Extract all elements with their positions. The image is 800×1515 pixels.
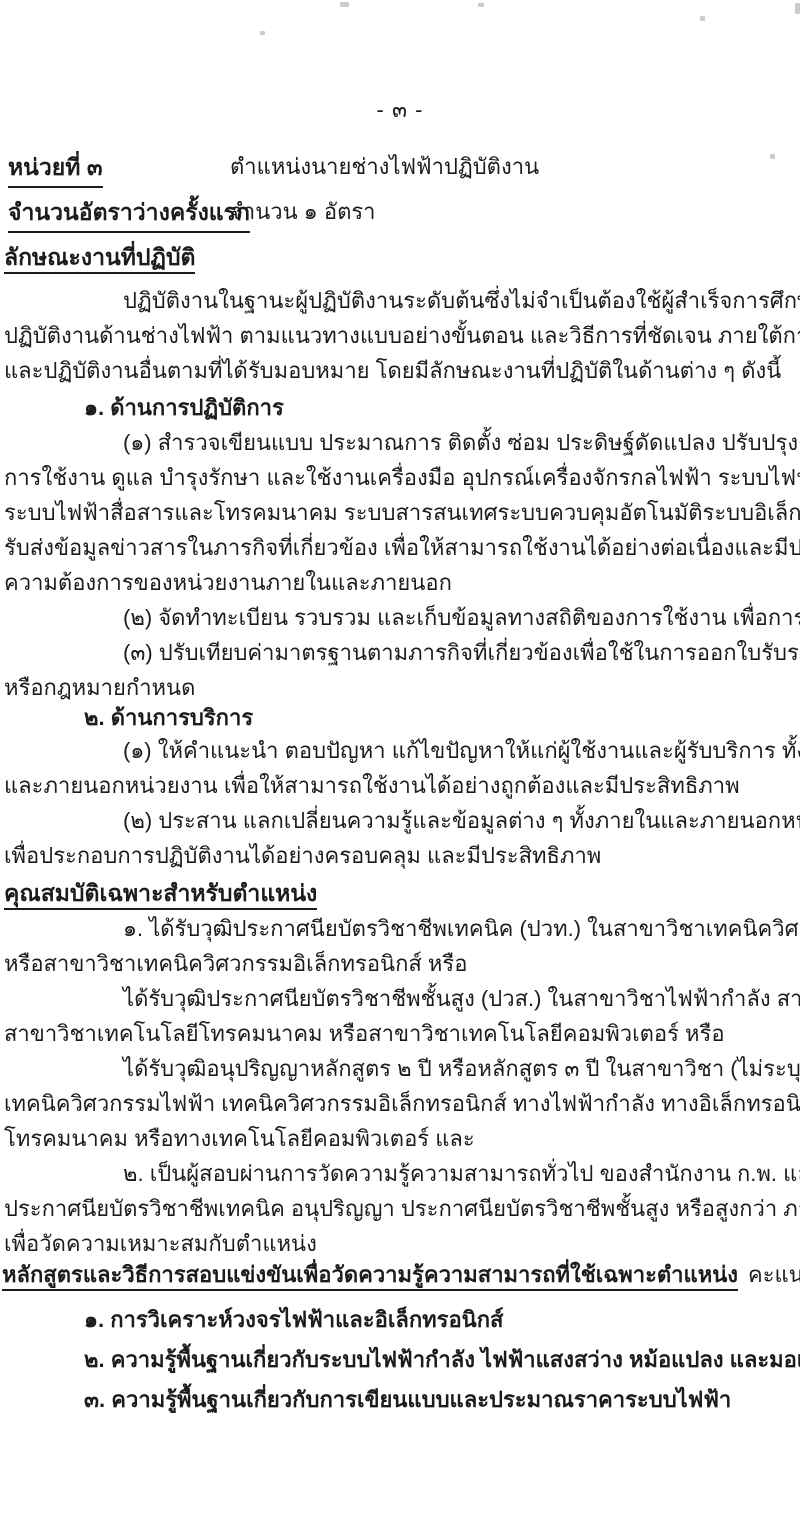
text-line: ระบบไฟฟ้าสื่อสารและโทรคมนาคม ระบบสารสนเท… [0, 495, 800, 530]
service-lines: (๑) ให้คำแนะนำ ตอบปัญหา แก้ไขปัญหาให้แก่… [0, 733, 800, 873]
text-line: ได้รับวุฒิประกาศนียบัตรวิชาชีพชั้นสูง (ป… [0, 981, 800, 1016]
duties-heading-text: ลักษณะงานที่ปฏิบัติ [4, 244, 195, 274]
text-line: (๒) จัดทำทะเบียน รวบรวม และเก็บข้อมูลทาง… [0, 600, 800, 635]
qualifications-heading: คุณสมบัติเฉพาะสำหรับตำแหน่ง [0, 876, 800, 912]
operations-title: ๑. ด้านการปฏิบัติการ [0, 390, 800, 425]
scanned-document-page: - ๓ - หน่วยที่ ๓ ตำแหน่งนายช่างไฟฟ้าปฏิบ… [0, 0, 800, 1515]
text-line: (๒) ประสาน แลกเปลี่ยนความรู้และข้อมูลต่า… [0, 803, 800, 838]
scan-speck [700, 16, 705, 21]
text-line: โทรคมนาคม หรือทางเทคโนโลยีคอมพิวเตอร์ แล… [0, 1121, 800, 1156]
text-line: ๑. ได้รับวุฒิประกาศนียบัตรวิชาชีพเทคนิค … [0, 911, 800, 946]
text-line: ความต้องการของหน่วยงานภายในและภายนอก [0, 565, 800, 600]
exam-topic: ๒. ความรู้พื้นฐานเกี่ยวกับระบบไฟฟ้ากำลัง… [0, 1340, 800, 1380]
exam-heading-text: หลักสูตรและวิธีการสอบแข่งขันเพื่อวัดความ… [2, 1262, 738, 1291]
text-line: และปฏิบัติงานอื่นตามที่ได้รับมอบหมาย โดย… [0, 353, 800, 388]
unit-label: หน่วยที่ ๓ [8, 150, 103, 188]
text-line: ๒. เป็นผู้สอบผ่านการวัดความรู้ความสามารถ… [0, 1156, 800, 1191]
scan-speck [340, 2, 349, 7]
exam-score-note: คะแนนเต็ม ๒๐๐ คะแนน ดังนี้ [748, 1262, 800, 1287]
vacancy-value: จำนวน ๑ อัตรา [230, 195, 376, 229]
unit-field: หน่วยที่ ๓ ตำแหน่งนายช่างไฟฟ้าปฏิบัติงาน [0, 150, 800, 190]
operations-lines: (๑) สำรวจเขียนแบบ ประมาณการ ติดตั้ง ซ่อม… [0, 425, 800, 705]
scan-speck [260, 31, 265, 35]
text-line: การใช้งาน ดูแล บำรุงรักษา และใช้งานเครื่… [0, 460, 800, 495]
text-line: เพื่อประกอบการปฏิบัติงานได้อย่างครอบคลุม… [0, 838, 800, 873]
text-line: ได้รับวุฒิอนุปริญญาหลักสูตร ๒ ปี หรือหลั… [0, 1051, 800, 1086]
vacancy-label: จำนวนอัตราว่างครั้งแรก [8, 195, 250, 233]
page-number: - ๓ - [0, 92, 800, 127]
text-line: ประกาศนียบัตรวิชาชีพเทคนิค อนุปริญญา ประ… [0, 1191, 800, 1226]
text-line: เทคนิควิศวกรรมไฟฟ้า เทคนิควิศวกรรมอิเล็ก… [0, 1086, 800, 1121]
duties-intro: ปฏิบัติงานในฐานะผู้ปฏิบัติงานระดับต้นซึ่… [0, 283, 800, 388]
text-line: (๓) ปรับเทียบค่ามาตรฐานตามภารกิจที่เกี่ย… [0, 635, 800, 670]
text-line: (๑) สำรวจเขียนแบบ ประมาณการ ติดตั้ง ซ่อม… [0, 425, 800, 460]
exam-heading-line: หลักสูตรและวิธีการสอบแข่งขันเพื่อวัดความ… [0, 1256, 800, 1294]
exam-topic: ๓. ความรู้พื้นฐานเกี่ยวกับการเขียนแบบและ… [0, 1380, 800, 1420]
duties-heading: ลักษณะงานที่ปฏิบัติ [0, 240, 800, 276]
exam-topic: ๑. การวิเคราะห์วงจรไฟฟ้าและอิเล็กทรอนิกส… [0, 1300, 800, 1340]
qualifications-lines: ๑. ได้รับวุฒิประกาศนียบัตรวิชาชีพเทคนิค … [0, 911, 800, 1261]
text-line: รับส่งข้อมูลข่าวสารในภารกิจที่เกี่ยวข้อง… [0, 530, 800, 565]
scan-speck [478, 3, 484, 7]
qualifications-heading-text: คุณสมบัติเฉพาะสำหรับตำแหน่ง [4, 880, 317, 910]
text-line: และภายนอกหน่วยงาน เพื่อให้สามารถใช้งานได… [0, 768, 800, 803]
text-line: สาขาวิชาเทคโนโลยีโทรคมนาคม หรือสาขาวิชาเ… [0, 1016, 800, 1051]
vacancy-field: จำนวนอัตราว่างครั้งแรก จำนวน ๑ อัตรา [0, 195, 800, 235]
scan-speck [795, 3, 800, 14]
unit-value: ตำแหน่งนายช่างไฟฟ้าปฏิบัติงาน [230, 150, 539, 184]
text-line: ปฏิบัติงานด้านช่างไฟฟ้า ตามแนวทางแบบอย่า… [0, 318, 800, 353]
text-line: ปฏิบัติงานในฐานะผู้ปฏิบัติงานระดับต้นซึ่… [0, 283, 800, 318]
service-title: ๒. ด้านการบริการ [0, 700, 800, 735]
exam-topics: ๑. การวิเคราะห์วงจรไฟฟ้าและอิเล็กทรอนิกส… [0, 1300, 800, 1420]
text-line: หรือสาขาวิชาเทคนิควิศวกรรมอิเล็กทรอนิกส์… [0, 946, 800, 981]
text-line: (๑) ให้คำแนะนำ ตอบปัญหา แก้ไขปัญหาให้แก่… [0, 733, 800, 768]
